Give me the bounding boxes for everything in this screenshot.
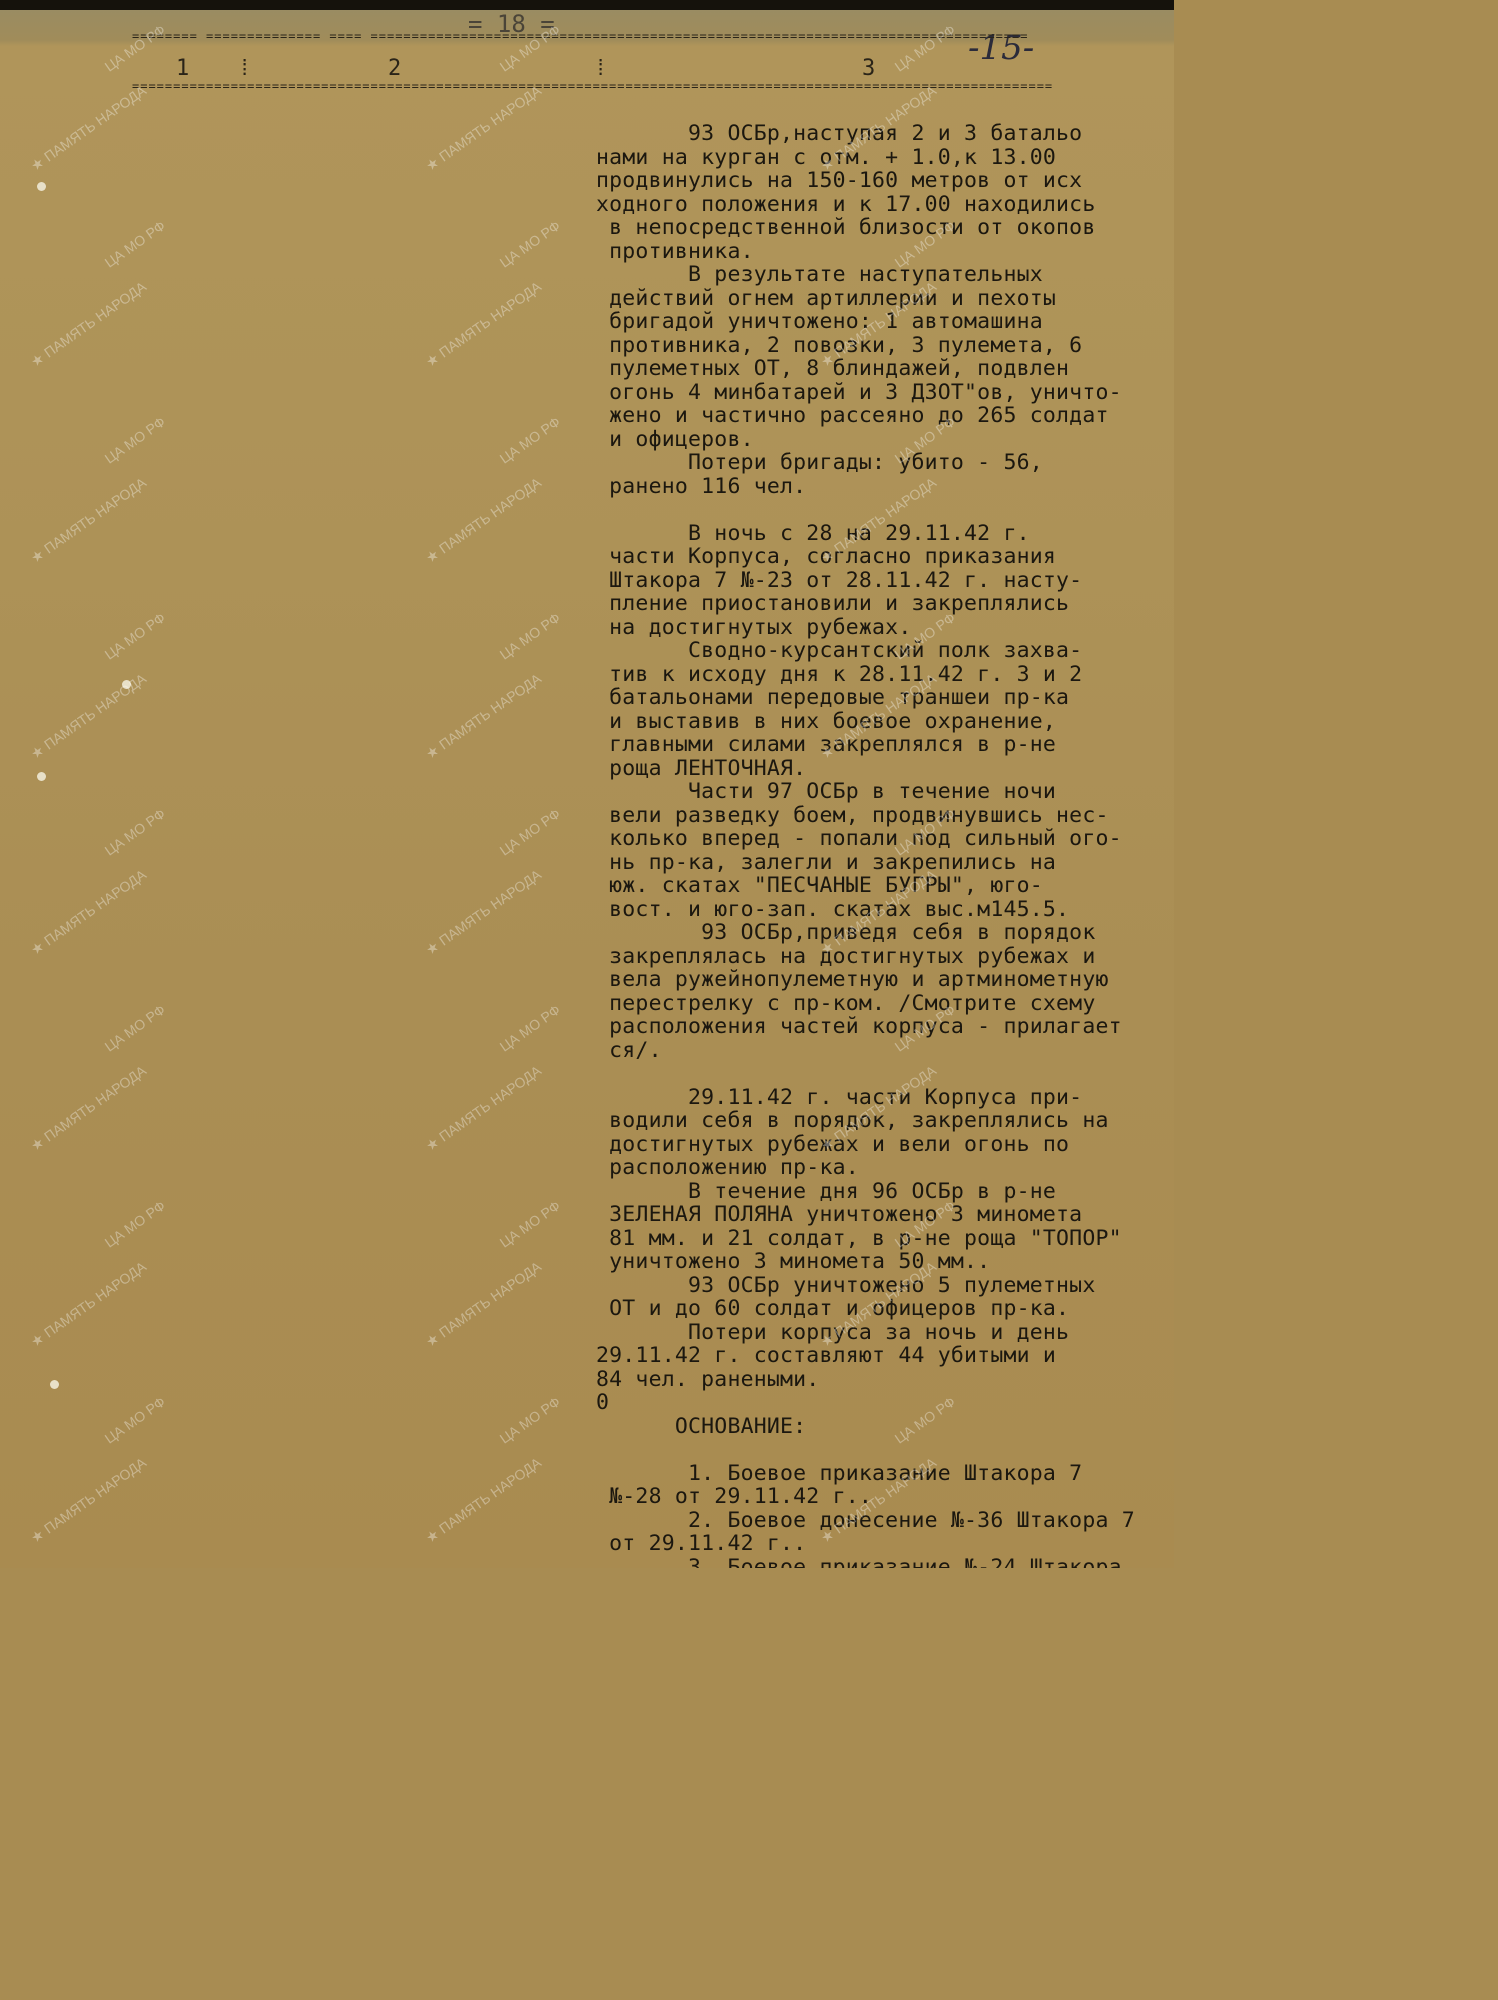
text-line: и офицеров. [596, 428, 1174, 452]
text-line: достигнутых рубежах и вели огонь по [596, 1133, 1174, 1157]
column-divider: ⁞ [594, 56, 607, 82]
text-line: Потери бригады: убито - 56, [596, 451, 1174, 475]
column-divider: ⁞ [238, 56, 251, 82]
text-line: Части 97 ОСБр в течение ночи [596, 780, 1174, 804]
text-line: юж. скатах "ПЕСЧАНЫЕ БУГРЫ", юго- [596, 874, 1174, 898]
text-line: закреплялась на достигнутых рубежах и [596, 945, 1174, 969]
text-line: ранено 116 чел. [596, 475, 1174, 499]
text-line: 3. Боевое приказание №-24 Штакора [596, 1556, 1174, 1569]
text-line: вели разведку боем, продвинувшись нес- [596, 804, 1174, 828]
text-line: вела ружейнопулеметную и артминометную [596, 968, 1174, 992]
text-line: перестрелку с пр-ком. /Смотрите схему [596, 992, 1174, 1016]
text-line: противника, 2 повозки, 3 пулемета, 6 [596, 334, 1174, 358]
text-line: в непосредственной близости от окопов [596, 216, 1174, 240]
column-header-1: 1 [176, 56, 189, 81]
text-line: главными силами закреплялся в р-не [596, 733, 1174, 757]
text-line: нами на курган с отм. + 1.0,к 13.00 [596, 146, 1174, 170]
table-rule-bottom: ========================================… [132, 82, 1174, 90]
text-line: противника. [596, 240, 1174, 264]
text-line: №-28 от 29.11.42 г.. [596, 1485, 1174, 1509]
column-header-3: 3 [862, 56, 875, 81]
text-line: колько вперед - попали под сильный ого- [596, 827, 1174, 851]
text-line: расположению пр-ка. [596, 1156, 1174, 1180]
text-line: бригадой уничтожено: 1 автомашина [596, 310, 1174, 334]
text-line: Сводно-курсантский полк захва- [596, 639, 1174, 663]
punch-hole [50, 1380, 59, 1389]
text-line: части Корпуса, согласно приказания [596, 545, 1174, 569]
text-line: Штакора 7 №-23 от 28.11.42 г. насту- [596, 569, 1174, 593]
text-line: Потери корпуса за ночь и день [596, 1321, 1174, 1345]
text-line: ходного положения и к 17.00 находились [596, 193, 1174, 217]
text-line: В течение дня 96 ОСБр в р-не [596, 1180, 1174, 1204]
text-line: и выставив в них боевое охранение, [596, 710, 1174, 734]
text-line: пление приостановили и закреплялись [596, 592, 1174, 616]
text-line: роща ЛЕНТОЧНАЯ. [596, 757, 1174, 781]
text-line: 0 [596, 1391, 1174, 1415]
document-body: 93 ОСБр,наступая 2 и 3 батальонами на ку… [596, 122, 1174, 1568]
text-line: 29.11.42 г. части Корпуса при- [596, 1086, 1174, 1110]
text-line: батальонами передовые траншеи пр-ка [596, 686, 1174, 710]
text-line: расположения частей корпуса - прилагает [596, 1015, 1174, 1039]
text-line: ся/. [596, 1039, 1174, 1063]
punch-hole [37, 772, 46, 781]
text-line [596, 1062, 1174, 1086]
text-line: пулеметных ОТ, 8 блиндажей, подвлен [596, 357, 1174, 381]
text-line: водили себя в порядок, закреплялись на [596, 1109, 1174, 1133]
punch-hole [37, 182, 46, 191]
text-line: 2. Боевое донесение №-36 Штакора 7 [596, 1509, 1174, 1533]
document-page: = 18 = -15- ======== ============== ====… [0, 10, 1174, 1568]
text-line: ЗЕЛЕНАЯ ПОЛЯНА уничтожено 3 миномета [596, 1203, 1174, 1227]
text-line: 1. Боевое приказание Штакора 7 [596, 1462, 1174, 1486]
text-line: 93 ОСБр уничтожено 5 пулеметных [596, 1274, 1174, 1298]
text-line: действий огнем артиллерии и пехоты [596, 287, 1174, 311]
text-line: 81 мм. и 21 солдат, в р-не роща "ТОПОР" [596, 1227, 1174, 1251]
text-line: 29.11.42 г. составляют 44 убитыми и [596, 1344, 1174, 1368]
text-line [596, 1438, 1174, 1462]
text-line: ОСНОВАНИЕ: [596, 1415, 1174, 1439]
text-line: ОТ и до 60 солдат и офицеров пр-ка. [596, 1297, 1174, 1321]
punch-hole [122, 680, 131, 689]
text-line: на достигнутых рубежах. [596, 616, 1174, 640]
column-header-2: 2 [388, 56, 401, 81]
text-line: нь пр-ка, залегли и закрепились на [596, 851, 1174, 875]
text-line: огонь 4 минбатарей и 3 ДЗОТ"ов, уничто- [596, 381, 1174, 405]
text-line [596, 498, 1174, 522]
text-line: продвинулись на 150-160 метров от исх [596, 169, 1174, 193]
text-line: тив к исходу дня к 28.11.42 г. 3 и 2 [596, 663, 1174, 687]
text-line: уничтожено 3 миномета 50 мм.. [596, 1250, 1174, 1274]
text-line: В ночь с 28 на 29.11.42 г. [596, 522, 1174, 546]
text-line: от 29.11.42 г.. [596, 1532, 1174, 1556]
text-line: жено и частично рассеяно до 265 солдат [596, 404, 1174, 428]
table-rule-top: ======== ============== ==== ===========… [132, 32, 1174, 40]
text-line: 93 ОСБр,приведя себя в порядок [596, 921, 1174, 945]
text-line: 93 ОСБр,наступая 2 и 3 батальо [596, 122, 1174, 146]
text-line: В результате наступательных [596, 263, 1174, 287]
text-line: 84 чел. ранеными. [596, 1368, 1174, 1392]
text-line: вост. и юго-зап. скатах выс.м145.5. [596, 898, 1174, 922]
